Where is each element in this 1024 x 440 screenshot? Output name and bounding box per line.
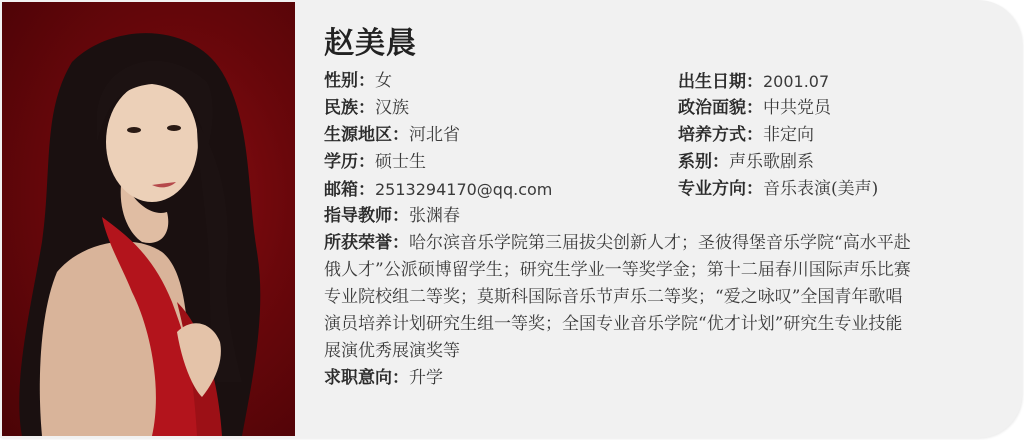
- info-row-3: 生源地区：河北省 培养方式：非定向: [324, 122, 1004, 149]
- field-education: 学历：硕士生: [324, 149, 426, 176]
- honors-line-2: 俄人才”公派硕博留学生；研究生学业一等奖学金；第十二届春川国际声乐比赛: [324, 257, 1004, 284]
- field-label: 生源地区：: [324, 125, 409, 145]
- field-value: 汉族: [375, 98, 409, 118]
- field-value: 中共党员: [763, 98, 831, 118]
- info-row-advisor: 指导教师：张渊春: [324, 203, 1004, 230]
- field-birth-date: 出生日期：2001.07: [678, 68, 829, 96]
- field-label: 系别：: [678, 152, 729, 172]
- field-department: 系别：声乐歌剧系: [678, 149, 814, 176]
- field-label: 性别：: [324, 71, 375, 91]
- field-label: 邮箱：: [324, 180, 375, 200]
- field-value: 女: [375, 71, 392, 91]
- field-gender: 性别：女: [324, 68, 392, 95]
- honors-line-1: 所获荣誉：哈尔滨音乐学院第三届拔尖创新人才；圣彼得堡音乐学院“高水平赴: [324, 230, 1004, 257]
- info-row-2: 民族：汉族 政治面貌：中共党员: [324, 95, 1004, 122]
- field-political-status: 政治面貌：中共党员: [678, 95, 831, 122]
- field-label: 专业方向：: [678, 179, 763, 199]
- info-row-1: 性别：女 出生日期：2001.07: [324, 68, 1004, 95]
- info-row-5: 邮箱：2513294170@qq.com 专业方向：音乐表演(美声): [324, 176, 1004, 203]
- honors-line-3: 专业院校组二等奖；莫斯科国际音乐节声乐二等奖；“爱之咏叹”全国青年歌唱: [324, 284, 1004, 311]
- profile-info: 赵美晨 性别：女 出生日期：2001.07 民族：汉族 政治面貌：中共党员 生源…: [324, 24, 1004, 392]
- field-ethnicity: 民族：汉族: [324, 95, 409, 122]
- field-training-mode: 培养方式：非定向: [678, 122, 814, 149]
- honors-block: 所获荣誉：哈尔滨音乐学院第三届拔尖创新人才；圣彼得堡音乐学院“高水平赴 俄人才”…: [324, 230, 1004, 365]
- field-value: 音乐表演(美声): [763, 179, 878, 199]
- field-origin-region: 生源地区：河北省: [324, 122, 460, 149]
- field-career-intention: 求职意向：升学: [324, 365, 443, 392]
- field-value: 声乐歌剧系: [729, 152, 814, 172]
- field-label: 所获荣誉：: [324, 233, 409, 253]
- profile-card: 赵美晨 性别：女 出生日期：2001.07 民族：汉族 政治面貌：中共党员 生源…: [0, 0, 1022, 438]
- profile-photo: [2, 2, 295, 436]
- profile-name: 赵美晨: [324, 24, 1004, 68]
- field-value: 2001.07: [763, 72, 829, 91]
- email-value[interactable]: 2513294170@qq.com: [375, 180, 552, 199]
- field-label: 指导教师：: [324, 206, 409, 226]
- field-label: 学历：: [324, 152, 375, 172]
- field-value: 非定向: [763, 125, 814, 145]
- portrait-image: [2, 2, 295, 436]
- honors-text: 哈尔滨音乐学院第三届拔尖创新人才；圣彼得堡音乐学院“高水平赴: [409, 233, 911, 253]
- honors-line-4: 演员培养计划研究生组一等奖；全国专业音乐学院“优才计划”研究生专业技能: [324, 311, 1004, 338]
- field-label: 出生日期：: [678, 72, 763, 92]
- info-row-4: 学历：硕士生 系别：声乐歌剧系: [324, 149, 1004, 176]
- field-major: 专业方向：音乐表演(美声): [678, 176, 878, 203]
- honors-line-5: 展演优秀展演奖等: [324, 338, 1004, 365]
- field-value: 河北省: [409, 125, 460, 145]
- field-label: 培养方式：: [678, 125, 763, 145]
- field-value: 张渊春: [409, 206, 460, 226]
- field-value: 升学: [409, 368, 443, 388]
- field-label: 政治面貌：: [678, 98, 763, 118]
- field-value: 硕士生: [375, 152, 426, 172]
- field-advisor: 指导教师：张渊春: [324, 203, 460, 230]
- info-row-career: 求职意向：升学: [324, 365, 1004, 392]
- field-email: 邮箱：2513294170@qq.com: [324, 176, 552, 204]
- field-label: 求职意向：: [324, 368, 409, 388]
- field-label: 民族：: [324, 98, 375, 118]
